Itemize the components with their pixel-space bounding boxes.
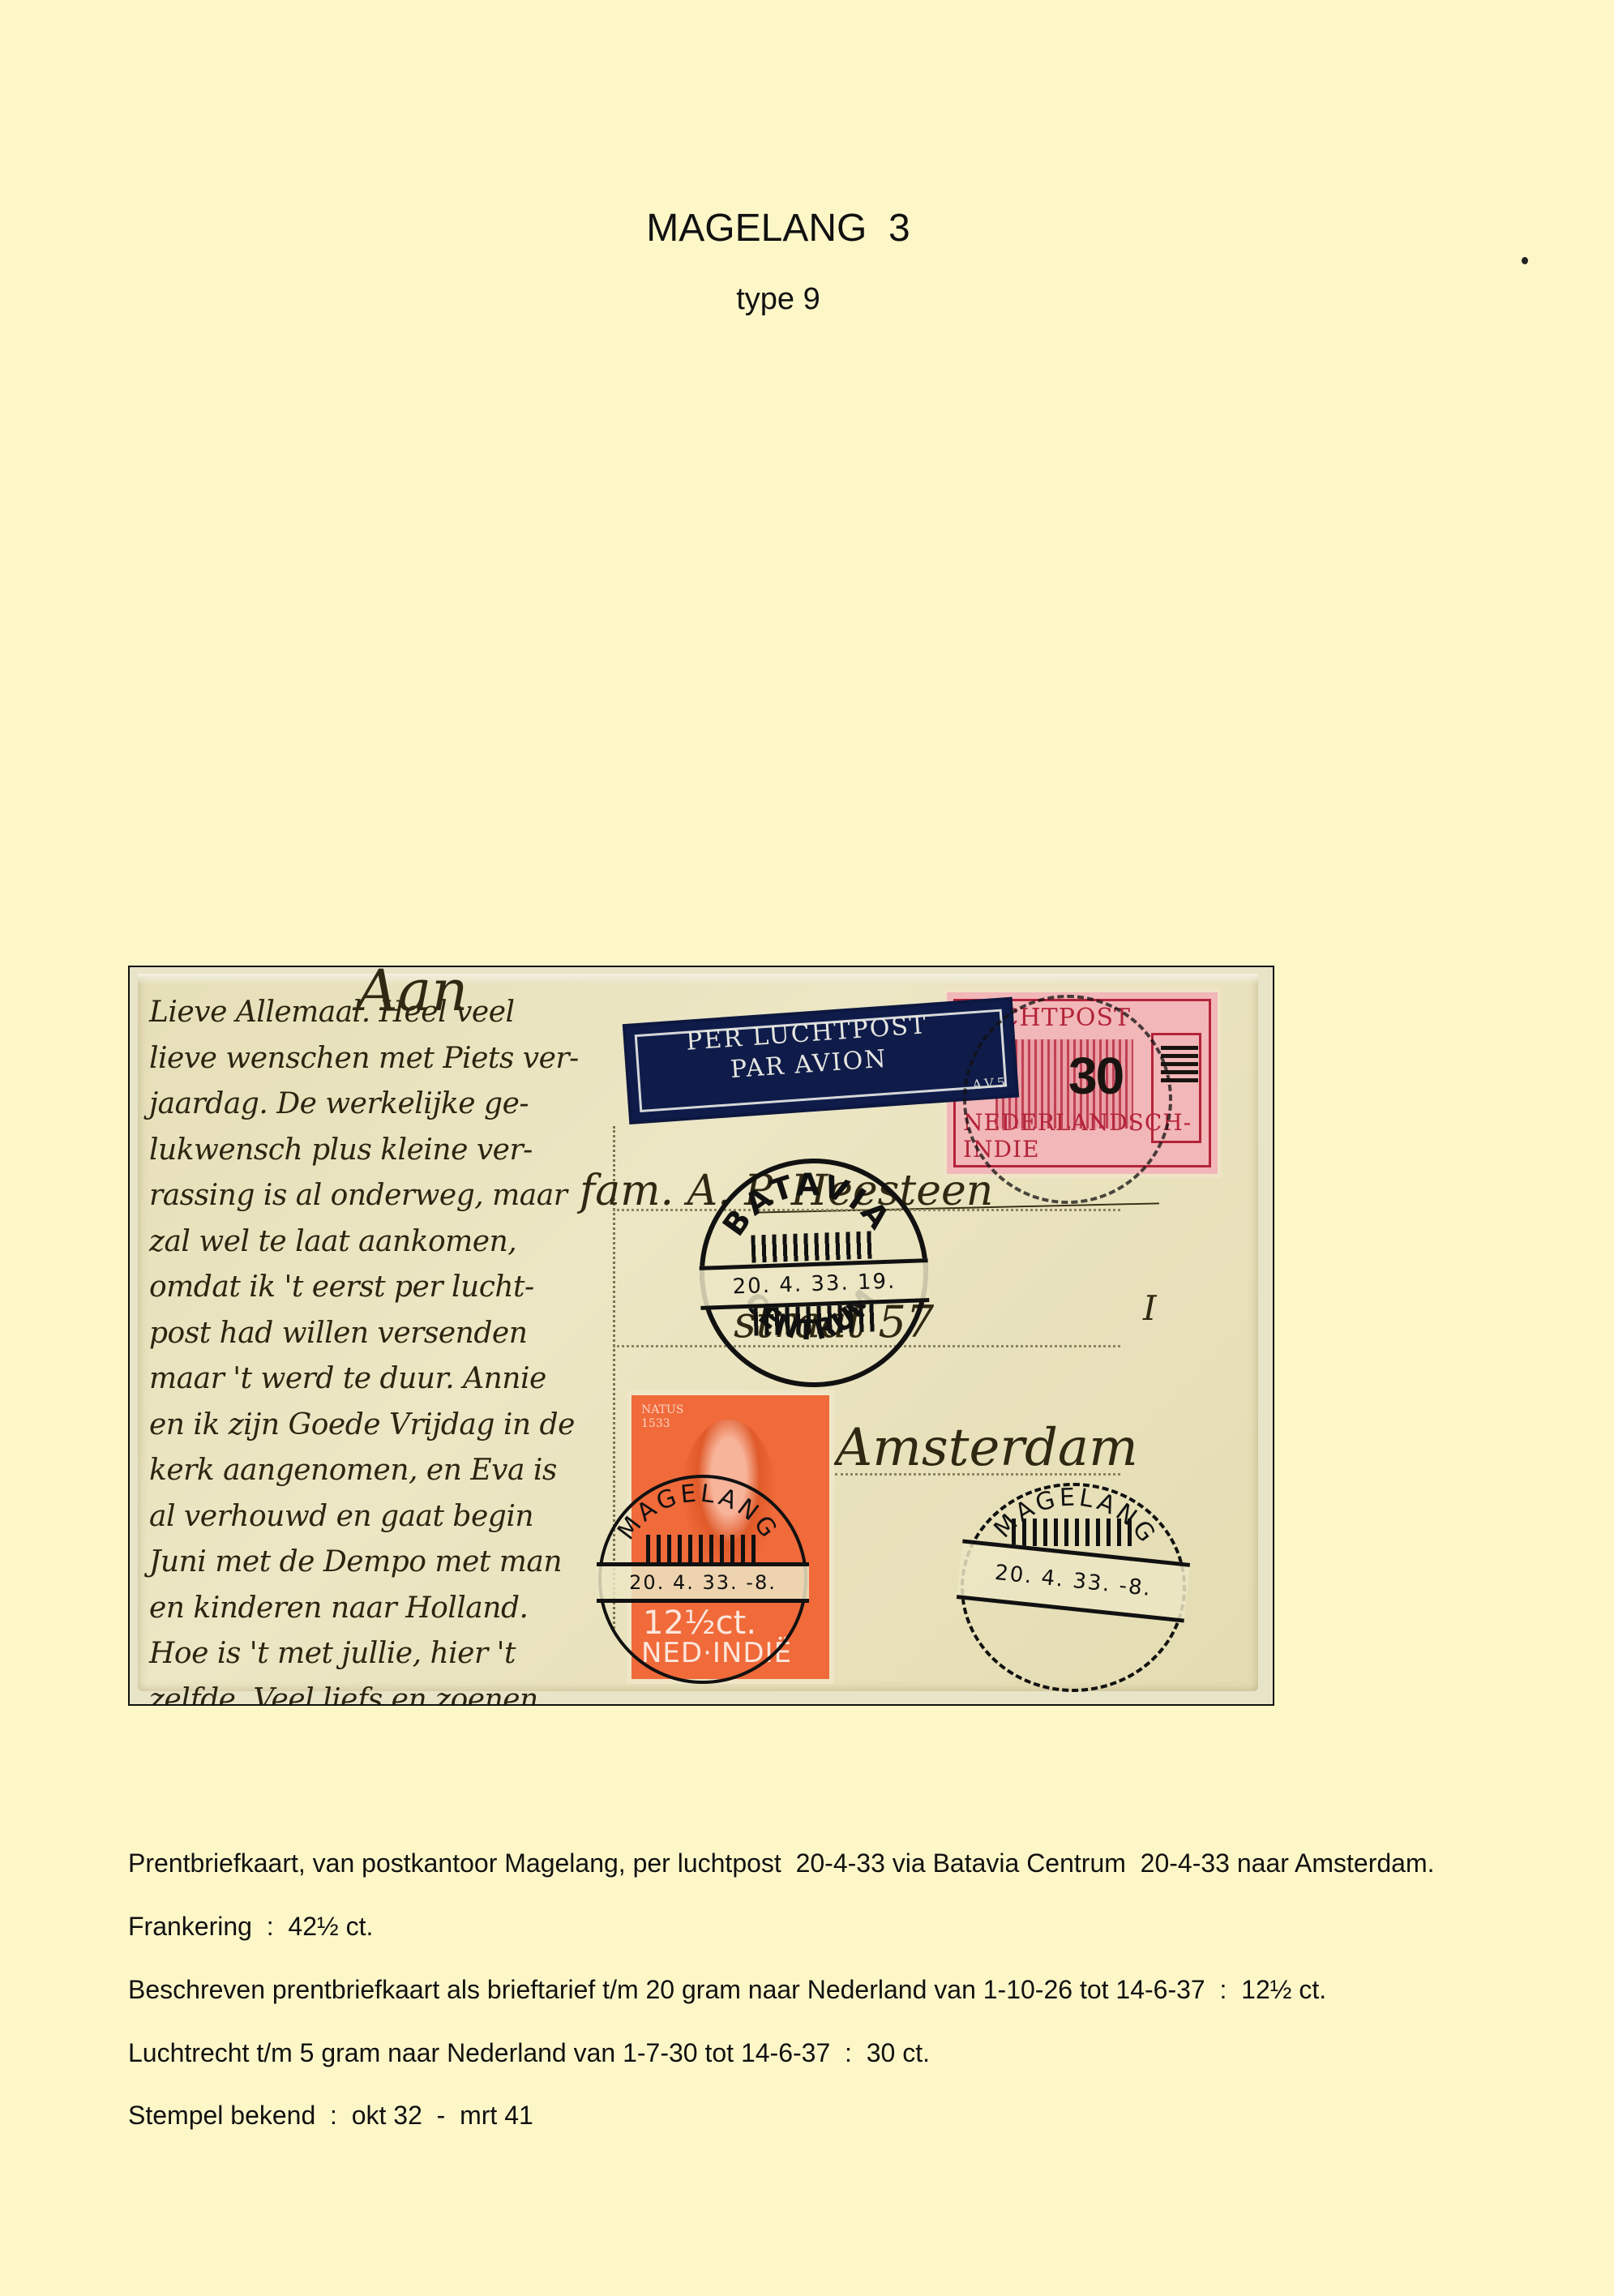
postmark-magelang-on-orange-stamp: MAGELANG 20. 4. 33. -8. <box>598 1475 807 1684</box>
postmark-batavia-centrum: BATAVIA CENTRUM 20. 4. 33. 19. <box>696 1154 932 1391</box>
address-floor: I <box>1143 1288 1157 1328</box>
address-dotted-line <box>835 1473 1120 1476</box>
message-line: maar 't werd te duur. Annie <box>149 1356 611 1403</box>
message-line: lukwensch plus kleine ver- <box>149 1128 611 1174</box>
message-line: en ik zijn Goede Vrijdag in de <box>149 1403 611 1449</box>
message-line: kerk aangenomen, en Eva is <box>149 1448 611 1494</box>
postmark-hatch <box>646 1535 760 1562</box>
handwritten-message: Lieve Allemaal. Heel veellieve wenschen … <box>149 990 611 1706</box>
caption-postmark-known: Stempel bekend : okt 32 - mrt 41 <box>128 2102 533 2128</box>
postmark-date: 20. 4. 33. 19. <box>700 1258 930 1310</box>
caption-franking: Frankering : 42½ ct. <box>128 1913 373 1939</box>
address-city: Amsterdam <box>835 1418 1138 1478</box>
postcard-frame: Lieve Allemaal. Heel veellieve wenschen … <box>128 966 1274 1706</box>
message-line: en kinderen naar Holland. <box>149 1586 611 1632</box>
sleeve-shine <box>138 974 1258 985</box>
message-line: Juni met de Dempo met man <box>149 1540 611 1586</box>
paper-speck <box>1522 257 1528 264</box>
message-line: Hoe is 't met jullie, hier 't <box>149 1631 611 1677</box>
message-line: zal wel te laat aankomen, <box>149 1219 611 1266</box>
message-line: al verhouwd en gaat begin <box>149 1494 611 1540</box>
caption-postcard-rate: Beschreven prentbriefkaart als brieftari… <box>128 1977 1326 2003</box>
postmark-date: 20. 4. 33. -8. <box>597 1562 809 1603</box>
postmark-magelang-on-stamp <box>963 995 1172 1204</box>
message-line: omdat ik 't eerst per lucht- <box>149 1265 611 1311</box>
page-subtitle: type 9 <box>0 284 1556 315</box>
page-title: MAGELANG 3 <box>0 209 1556 248</box>
postmark-hatch <box>754 1304 877 1335</box>
stamp-year-text: NATUS 1533 <box>641 1403 683 1431</box>
caption-description: Prentbriefkaart, van postkantoor Magelan… <box>128 1850 1435 1876</box>
message-line: jaardag. De werkelijke ge- <box>149 1082 611 1128</box>
postmark-hatch <box>751 1231 875 1262</box>
postmark-magelang-address: MAGELANG 20. 4. 33. -8. <box>961 1483 1186 1692</box>
message-line: zelfde. Veel liefs en zoenen <box>149 1677 611 1707</box>
message-line: post had willen versenden <box>149 1311 611 1357</box>
postcard: Lieve Allemaal. Heel veellieve wenschen … <box>138 974 1258 1691</box>
caption-airmail-rate: Luchtrecht t/m 5 gram naar Nederland van… <box>128 2040 930 2066</box>
message-line: rassing is al onderweg, maar <box>149 1173 611 1219</box>
postmark-hatch <box>1012 1519 1134 1546</box>
message-line: lieve wenschen met Piets ver- <box>149 1036 611 1082</box>
address-prefix: Aan <box>357 966 468 1024</box>
